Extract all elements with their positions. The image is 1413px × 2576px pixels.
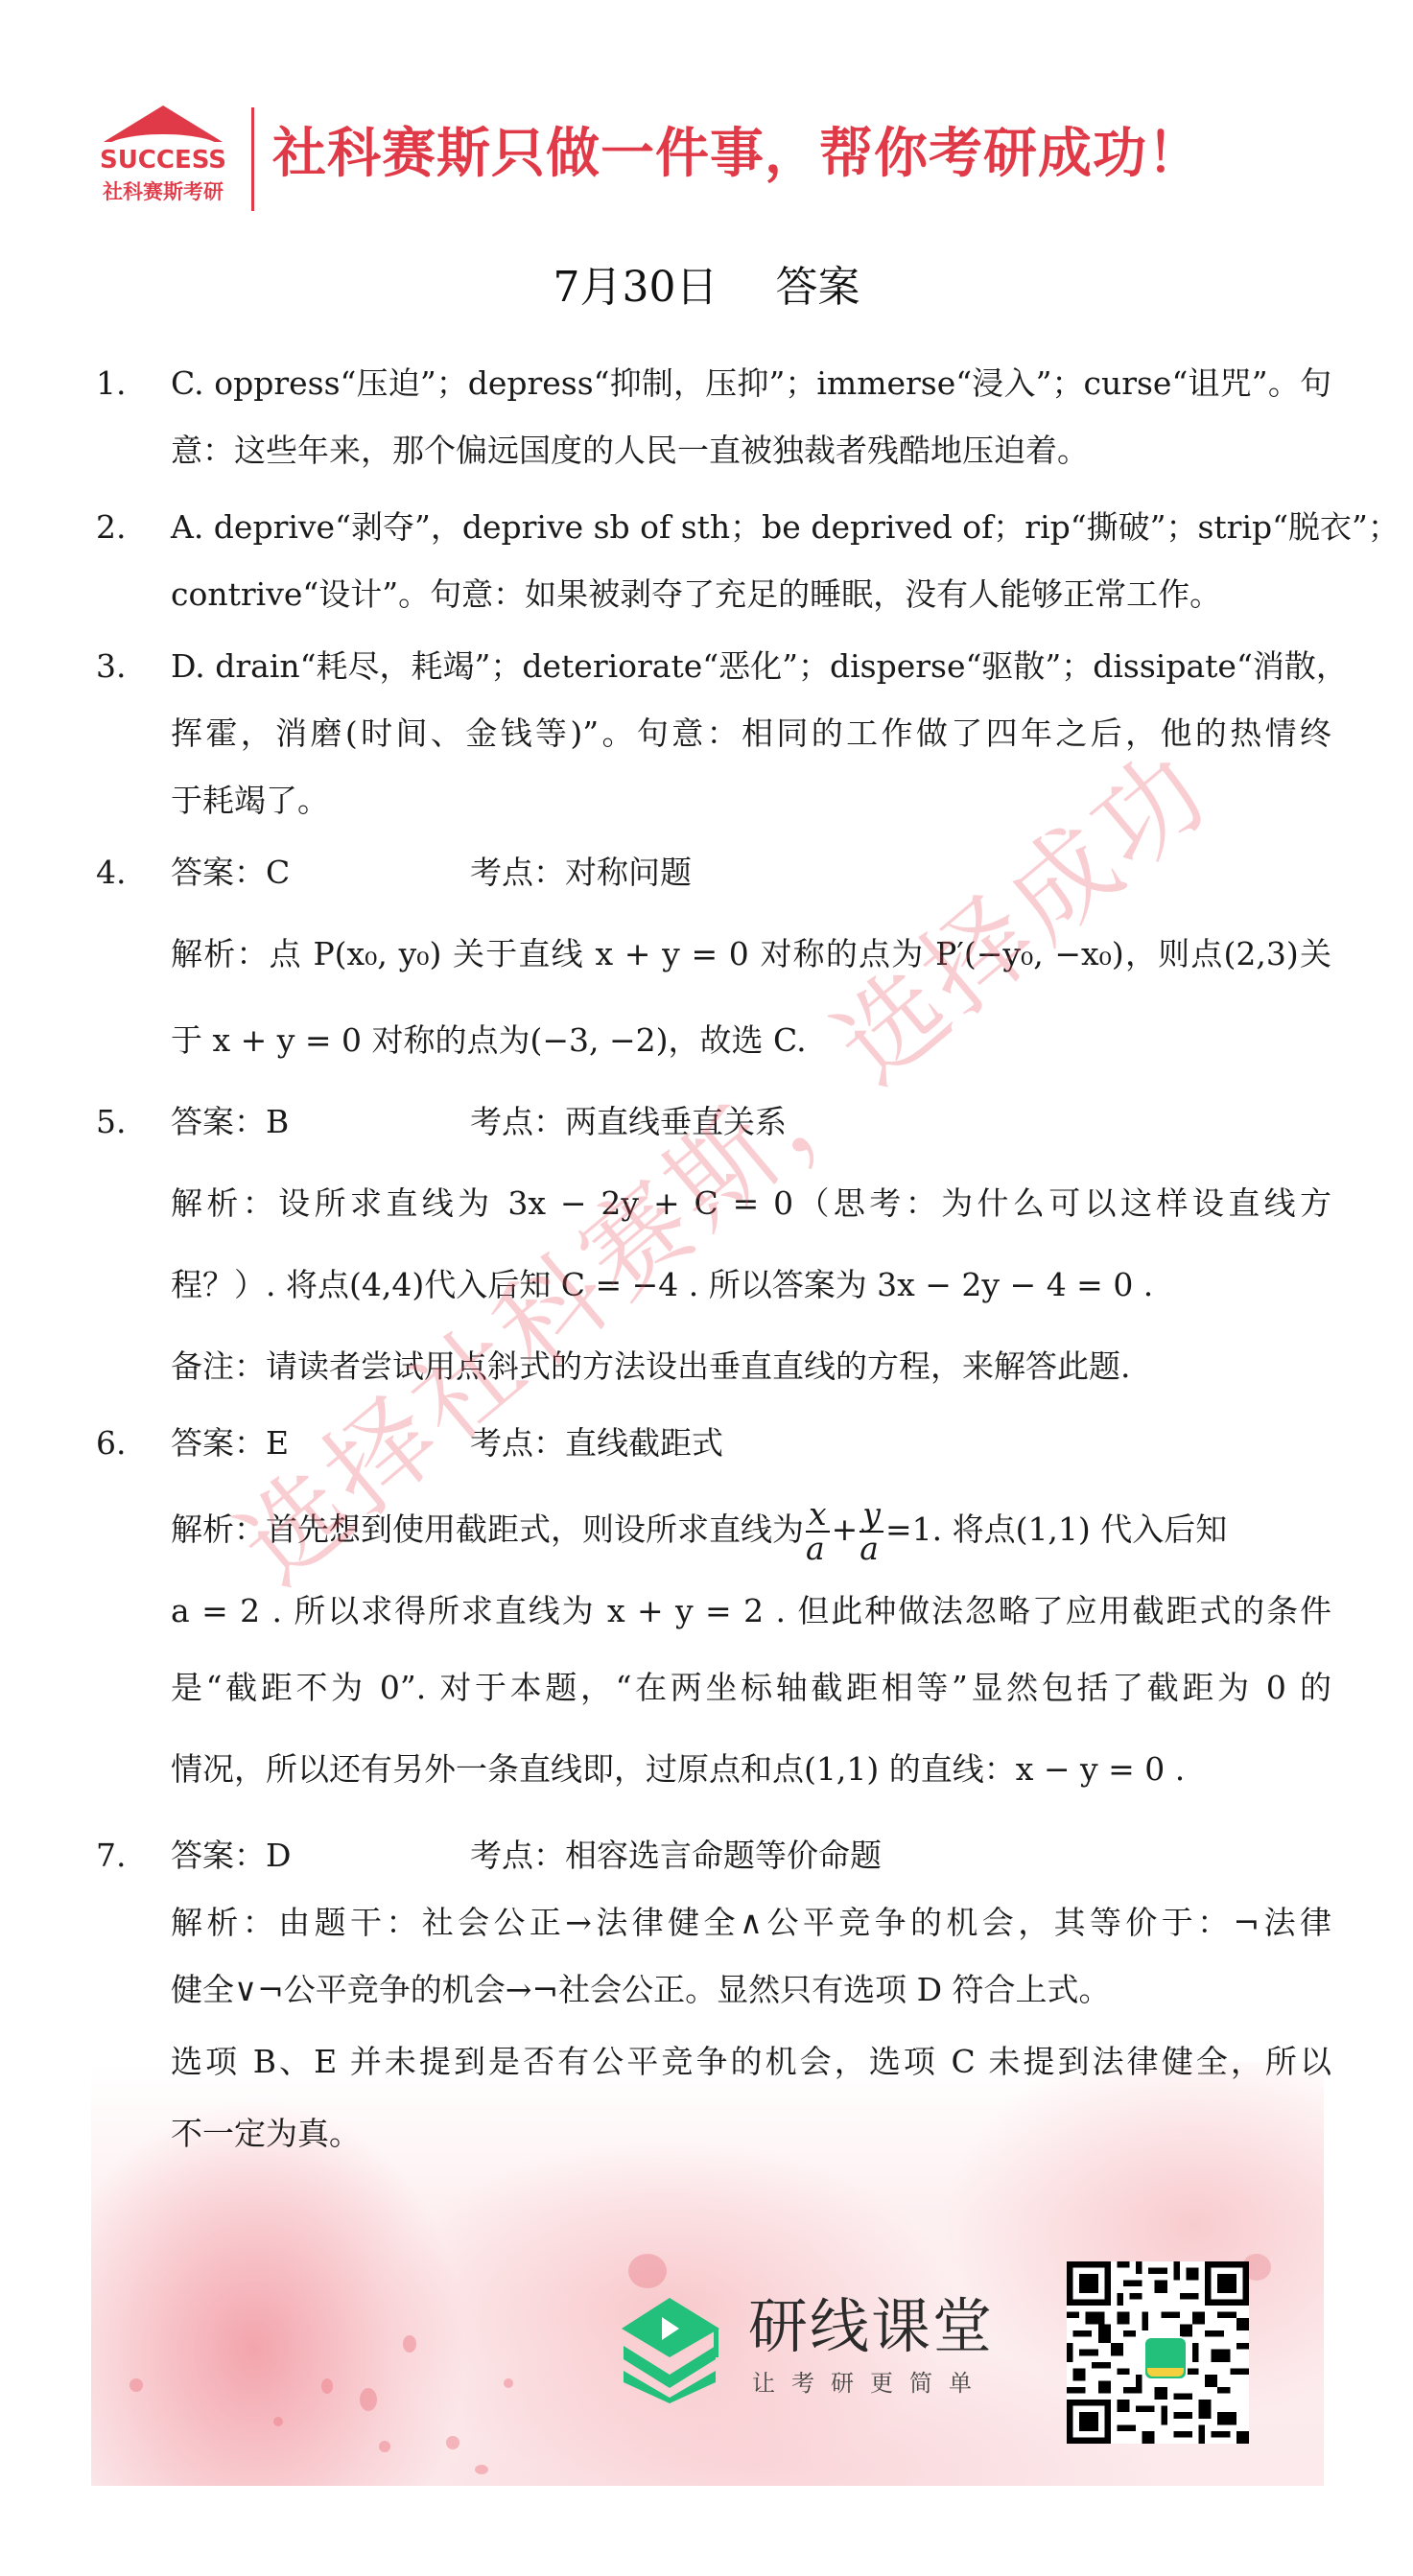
- answer-label: 答案：C: [171, 854, 290, 892]
- denominator: a: [860, 1533, 883, 1565]
- header-divider: [251, 107, 254, 211]
- answer-4-analysis-line-1: 解析：点 P(x₀, y₀) 关于直线 x + y = 0 对称的点为 P′(−…: [171, 935, 1331, 973]
- splash-dot: [360, 2388, 377, 2411]
- answer-4-analysis-line-2: 于 x + y = 0 对称的点为(−3, −2)，故选 C.: [171, 1021, 1331, 1060]
- answer-7-analysis-line-3: 选项 B、E 并未提到是否有公平竞争的机会，选项 C 未提到法律健全，所以: [171, 2043, 1331, 2081]
- answer-label: 答案：D: [171, 1837, 291, 1875]
- splash-dot: [321, 2378, 333, 2394]
- header-slogan: 社科赛斯只做一件事，帮你考研成功！: [272, 121, 1202, 188]
- answer-label: 答案：B: [171, 1103, 289, 1141]
- answer-number: 2.: [96, 508, 127, 547]
- qr-code[interactable]: [1067, 2261, 1249, 2444]
- fraction-x-over-a: xa: [806, 1498, 830, 1565]
- answer-6-analysis-line-1: 解析：首先想到使用截距式，则设所求直线为xa+ya=1. 将点(1,1) 代入后…: [171, 1498, 1331, 1565]
- analysis-text: =1. 将点(1,1) 代入后知: [885, 1510, 1227, 1548]
- answer-3-line-1: D. drain“耗尽，耗竭”；deteriorate“恶化”；disperse…: [171, 647, 1331, 686]
- answer-3-line-3: 于耗竭了。: [171, 782, 1331, 820]
- numerator: x: [806, 1498, 830, 1533]
- answer-7-analysis-line-1: 解析：由题干：社会公正→法律健全∧公平竞争的机会，其等价于：¬法律: [171, 1904, 1331, 1942]
- splash-dot: [446, 2436, 459, 2449]
- answer-6-analysis-line-2: a = 2 . 所以求得所求直线为 x + y = 2 . 但此种做法忽略了应用…: [171, 1592, 1331, 1630]
- answer-number: 4.: [96, 854, 127, 892]
- answer-1-line-2: 意：这些年来，那个偏远国度的人民一直被独裁者残酷地压迫着。: [171, 432, 1331, 470]
- title-date: 7月30日: [553, 263, 718, 312]
- answer-number: 1.: [96, 364, 127, 403]
- analysis-text: 解析：首先想到使用截距式，则设所求直线为: [171, 1510, 804, 1548]
- answer-6-analysis-line-4: 情况，所以还有另外一条直线即，过原点和点(1,1) 的直线：x − y = 0 …: [171, 1750, 1331, 1789]
- answer-number: 6.: [96, 1424, 127, 1463]
- numerator: y: [860, 1498, 883, 1533]
- kaodian-label: 考点：相容选言命题等价命题: [470, 1837, 882, 1875]
- splash-dot: [504, 2378, 513, 2388]
- kaodian-label: 考点：两直线垂直关系: [470, 1103, 787, 1141]
- denominator: a: [806, 1533, 830, 1565]
- splash-dot: [273, 2417, 283, 2426]
- logo-english-text: SUCCESS: [96, 146, 230, 175]
- splash-dot: [379, 2441, 390, 2452]
- answer-7-analysis-line-2: 健全∨¬公平竞争的机会→¬社会公正。显然只有选项 D 符合上式。: [171, 1971, 1331, 2009]
- answer-number: 7.: [96, 1837, 127, 1875]
- answer-5-analysis-line-2: 程？）. 将点(4,4)代入后知 C = −4 . 所以答案为 3x − 2y …: [171, 1266, 1331, 1304]
- fraction-y-over-a: ya: [860, 1498, 883, 1565]
- graduation-books-icon: [614, 2292, 729, 2403]
- answer-label: 答案：E: [171, 1424, 289, 1463]
- answer-5-analysis-line-1: 解析：设所求直线为 3x − 2y + C = 0（思考：为什么可以这样设直线方: [171, 1184, 1331, 1223]
- answer-number: 5.: [96, 1103, 127, 1141]
- splash-dot: [130, 2378, 143, 2392]
- brand-name: 研线课堂: [748, 2292, 994, 2361]
- yanxian-ketang-logo: 研线课堂 让考研更简单: [614, 2292, 1017, 2407]
- app-icon-band: [1147, 2368, 1184, 2377]
- answer-5-note: 备注：请读者尝试用点斜式的方法设出垂直直线的方程，来解答此题.: [171, 1347, 1331, 1386]
- answer-7-analysis-line-4: 不一定为真。: [171, 2115, 1331, 2153]
- answer-number: 3.: [96, 647, 127, 686]
- success-logo: SUCCESS 社科赛斯考研: [96, 105, 240, 211]
- answer-3-line-2: 挥霍，消磨(时间、金钱等)”。句意：相同的工作做了四年之后，他的热情终: [171, 714, 1331, 753]
- answer-1-line-1: C. oppress“压迫”；depress“抑制，压抑”；immerse“浸入…: [171, 364, 1331, 403]
- answer-2-line-2: contrive“设计”。句意：如果被剥夺了充足的睡眠，没有人能够正常工作。: [171, 575, 1331, 614]
- heart-shape: [628, 2254, 667, 2288]
- logo-chinese-text: 社科赛斯考研: [96, 176, 230, 205]
- plus-sign: +: [832, 1510, 859, 1548]
- watermark-text: 选择社科赛斯，选择成功: [201, 710, 1236, 1612]
- page-title: 7月30日答案: [0, 261, 1413, 315]
- answer-6-analysis-line-3: 是“截距不为 0”. 对于本题，“在两坐标轴截距相等”显然包括了截距为 0 的: [171, 1669, 1331, 1707]
- brand-tagline: 让考研更简单: [752, 2369, 988, 2398]
- kaodian-label: 考点：直线截距式: [470, 1424, 723, 1463]
- app-icon: [1143, 2336, 1188, 2380]
- title-label: 答案: [775, 263, 860, 312]
- kaodian-label: 考点：对称问题: [470, 854, 692, 892]
- splash-dot: [403, 2335, 416, 2353]
- answer-2-line-1: A. deprive“剥夺”，deprive sb of sth；be depr…: [171, 508, 1331, 547]
- splash-dot: [475, 2465, 488, 2474]
